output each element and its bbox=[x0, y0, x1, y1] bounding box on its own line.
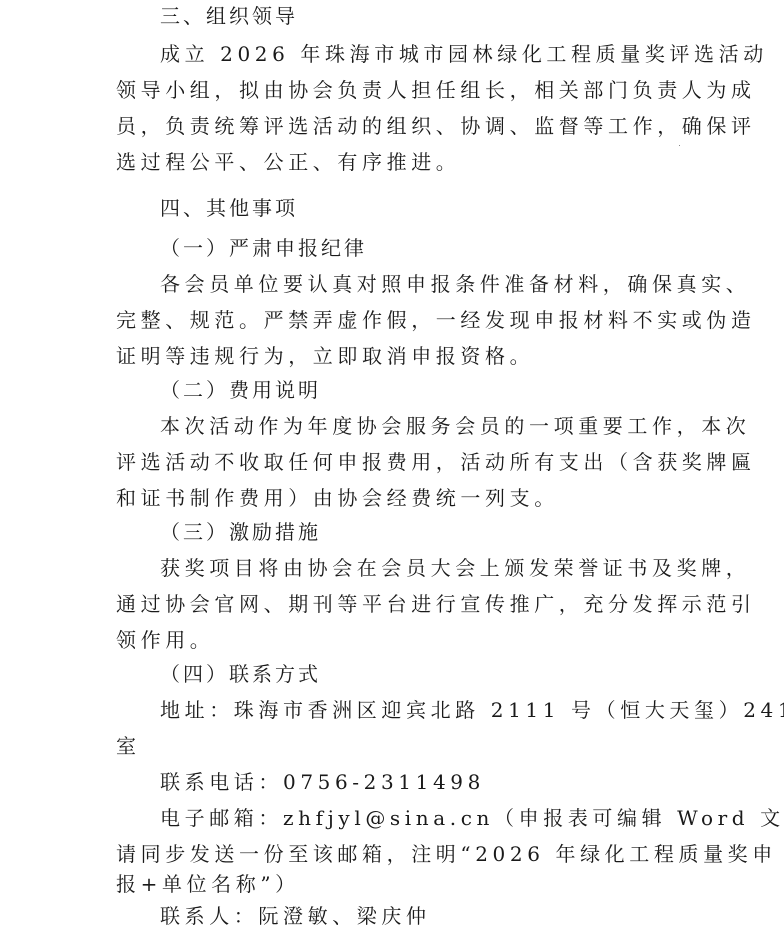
paragraph-line: 证明等违规行为，立即取消申报资格。 bbox=[116, 342, 668, 370]
section-heading-other-matters: 四、其他事项 bbox=[116, 194, 712, 222]
contact-address: 地址：珠海市香洲区迎宾北路 2111 号（恒大天玺）2419 bbox=[116, 696, 712, 724]
contact-address-continued: 室 bbox=[116, 732, 668, 760]
paragraph-line: 评选活动不收取任何申报费用，活动所有支出（含获奖牌匾 bbox=[116, 448, 668, 476]
paragraph-line: 完整、规范。严禁弄虚作假，一经发现申报材料不实或伪造 bbox=[116, 306, 668, 334]
contact-persons: 联系人：阮澄敏、梁庆仲 bbox=[116, 902, 712, 928]
paragraph-line: 和证书制作费用）由协会经费统一列支。 bbox=[116, 484, 668, 512]
paragraph-line: 领作用。 bbox=[116, 626, 668, 654]
paragraph-line: 各会员单位要认真对照申报条件准备材料，确保真实、 bbox=[116, 270, 712, 298]
subsection-heading-discipline: （一）严肃申报纪律 bbox=[116, 234, 712, 262]
subsection-heading-contact: （四）联系方式 bbox=[116, 660, 712, 688]
contact-email: 电子邮箱：zhfjyl@sina.cn（申报表可编辑 Word 文档 bbox=[116, 804, 712, 832]
paragraph-line: 员，负责统筹评选活动的组织、协调、监督等工作，确保评 bbox=[116, 112, 668, 140]
subsection-heading-fees: （二）费用说明 bbox=[116, 376, 712, 404]
paragraph-line: 请同步发送一份至该邮箱，注明“2026 年绿化工程质量奖申 bbox=[116, 840, 668, 868]
paragraph-line: 通过协会官网、期刊等平台进行宣传推广，充分发挥示范引 bbox=[116, 590, 668, 618]
paragraph-line: 成立 2026 年珠海市城市园林绿化工程质量奖评选活动 bbox=[116, 40, 712, 68]
paragraph-line: 选过程公平、公正、有序推进。 bbox=[116, 148, 668, 176]
stray-mark bbox=[679, 145, 680, 146]
section-heading-organization: 三、组织领导 bbox=[116, 2, 712, 30]
contact-phone: 联系电话：0756-2311498 bbox=[116, 768, 712, 796]
paragraph-line: 本次活动作为年度协会服务会员的一项重要工作，本次 bbox=[116, 412, 712, 440]
paragraph-line: 获奖项目将由协会在会员大会上颁发荣誉证书及奖牌， bbox=[116, 554, 712, 582]
paragraph-line: 领导小组，拟由协会负责人担任组长，相关部门负责人为成 bbox=[116, 76, 668, 104]
subsection-heading-incentives: （三）激励措施 bbox=[116, 518, 712, 546]
paragraph-line: 报+单位名称”） bbox=[116, 870, 668, 898]
